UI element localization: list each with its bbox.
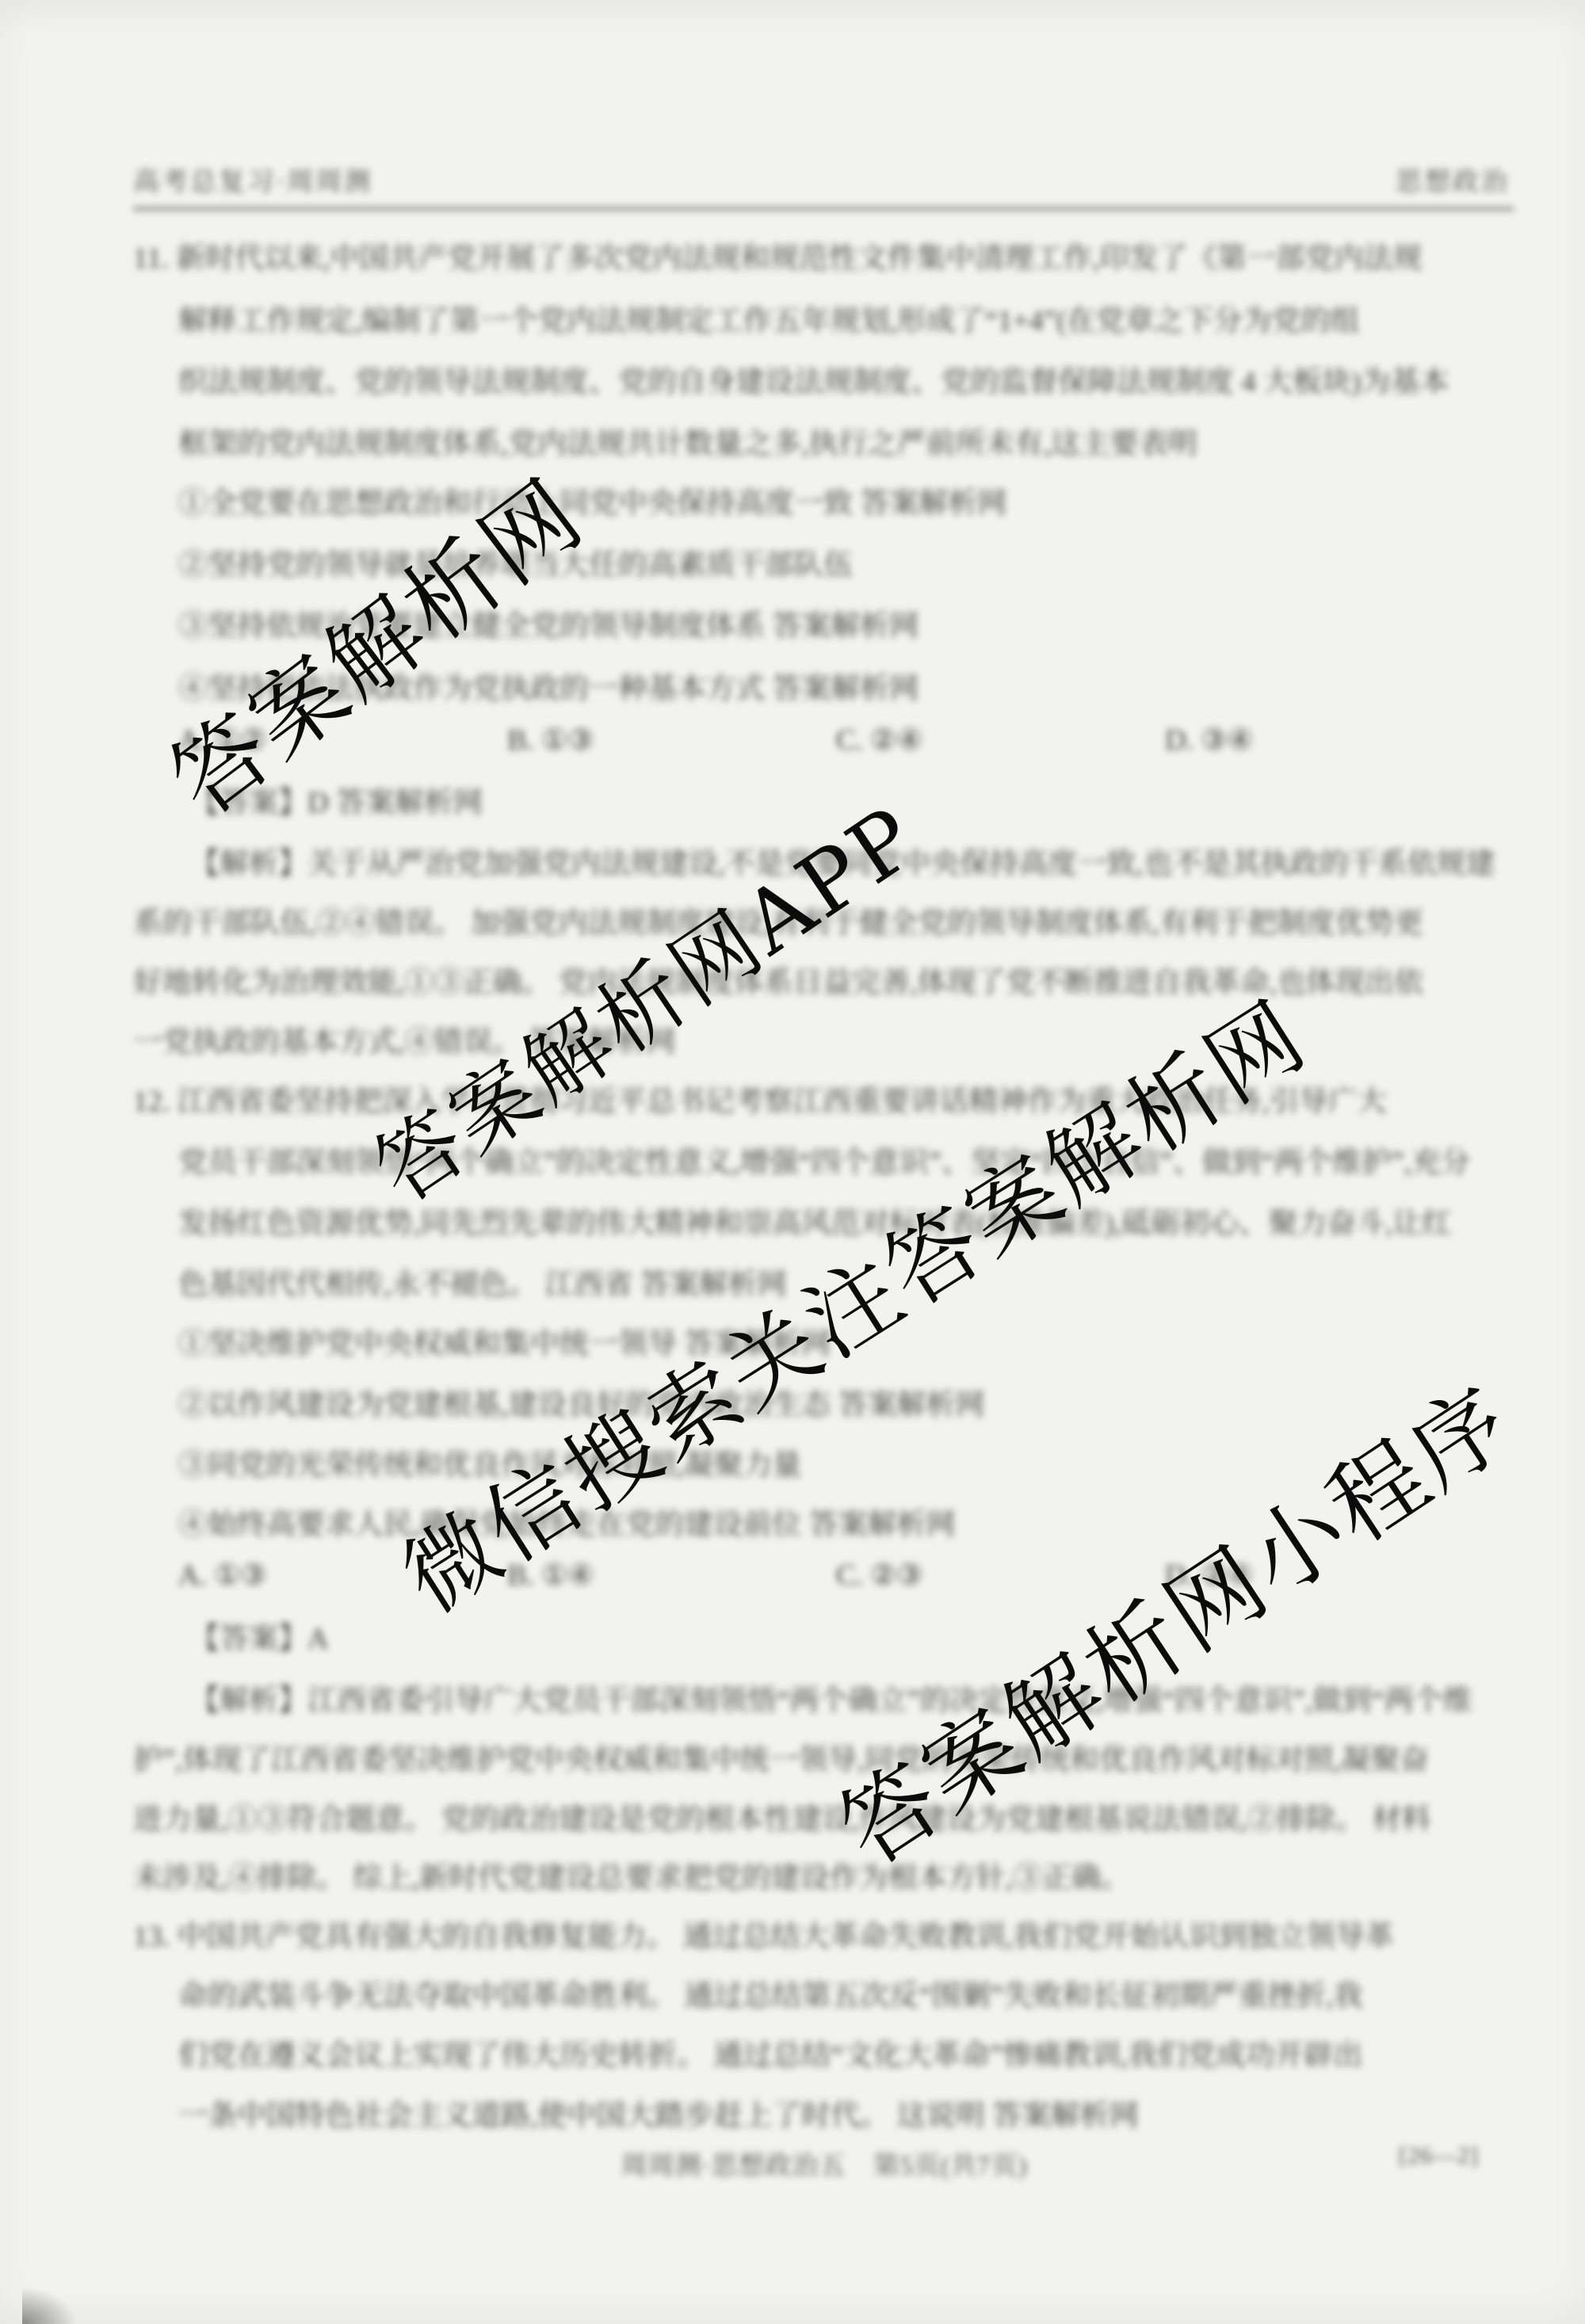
q11-line-1: 11. 新时代以来,中国共产党开展了多次党内法规和规范性文件集中清理工作,印发了…: [133, 242, 1423, 277]
q12-choice-a: A. ①③: [178, 1558, 267, 1593]
q11-line-4: 框架的党内法规制度体系,党内法规共计数量之多,执行之严前所未有,这主要表明: [178, 428, 1197, 462]
q12-analysis-3: 进力量,①③符合题意。 党的政治建设是党的根本性建设,作风建设为党建根基说法错误…: [133, 1803, 1430, 1837]
q12-line-4: 色基因代代相传,永不褪色。 江西省 答案解析网: [178, 1269, 787, 1303]
q11-choice-c: C. ②④: [836, 723, 923, 757]
q13-line-4: 一条中国特色社会主义道路,使中国大踏步赶上了时代。 这说明 答案解析网: [178, 2100, 1139, 2134]
q12-choice-c: C. ②③: [836, 1558, 923, 1593]
q11-option-1: ①全党要在思想政治和行动上同党中央保持高度一致 答案解析网: [178, 487, 1006, 521]
q12-analysis-1: 【解析】江西省委引导广大党员干部深刻领悟“两个确立”的决定性意义,增强“四个意识…: [190, 1685, 1472, 1719]
footer-code: [26—2]: [1399, 2143, 1479, 2170]
q13-line-3: 们党在遵义会议上实现了伟大历史转折。 通过总结“文化大革命”惨痛教训,我们党成功…: [178, 2040, 1362, 2074]
blurred-scan-layer: 高考总复习·周周测 思想政治 11. 新时代以来,中国共产党开展了多次党内法规和…: [0, 0, 1585, 2324]
scanned-exam-page: { "header": { "left": "高考总复习·周周测", "righ…: [0, 0, 1585, 2324]
q12-analysis-2: 护”,体现了江西省委坚决维护党中央权威和集中统一领导,同党的光荣传统和优良作风对…: [133, 1744, 1429, 1778]
q11-choice-b: B. ①③: [507, 723, 594, 757]
page-background: 高考总复习·周周测 思想政治 11. 新时代以来,中国共产党开展了多次党内法规和…: [0, 0, 1585, 2324]
page-corner-shadow: [22, 2287, 78, 2324]
q12-answer: 【答案】A: [190, 1623, 329, 1657]
header-right-subject: 思想政治: [1396, 168, 1510, 198]
header-left-title: 高考总复习·周周测: [133, 168, 372, 198]
header-rule: [133, 207, 1514, 211]
q13-line-1: 13. 中国共产党具有强大的自我修复能力。 通过总结大革命失败教训,我们党开始认…: [133, 1921, 1394, 1955]
q12-analysis-4: 未涉及,④排除。 综上,新时代党建设总要求把党的建设作为根本方针,③正确。: [133, 1862, 1130, 1896]
footer-page-info: 周周测·思想政治五 第5页(共7页): [621, 2152, 1028, 2182]
q11-line-3: 织法规制度、党的领导法规制度、党的自身建设法规制度、党的监督保障法规制度 4 大…: [178, 366, 1449, 400]
q12-line-3: 发扬红色资源优势,同先烈先辈的伟大精神和崇高风范对标对表(校准偏差),砥砺初心、…: [178, 1208, 1451, 1242]
q11-line-2: 解释工作规定,编制了第一个党内法规制定工作五年规划,形成了“1+4”(在党章之下…: [178, 305, 1360, 339]
q11-choice-d: D. ③④: [1165, 723, 1254, 757]
q13-line-2: 命的武装斗争无法夺取中国革命胜利。 通过总结第五次反“围剿”失败和长征初期严重挫…: [178, 1980, 1362, 2014]
